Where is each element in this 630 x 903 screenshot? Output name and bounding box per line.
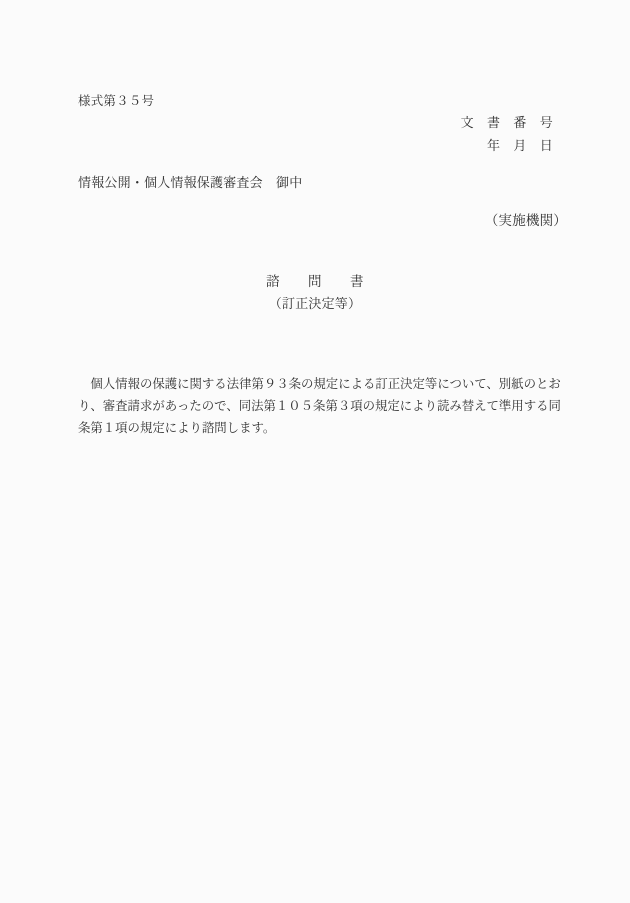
sender-organization: （実施機関）: [485, 214, 567, 230]
date-line: 年 月 日: [487, 140, 553, 155]
form-number: 様式第３５号: [78, 94, 154, 108]
addressee-line: 情報公開・個人情報保護審査会 御中: [78, 177, 302, 192]
body-line: 個人情報の保護に関する法律第９３条の規定による訂正決定等について、別紙のとお: [78, 373, 560, 395]
body-paragraph: 個人情報の保護に関する法律第９３条の規定による訂正決定等について、別紙のとお り…: [78, 373, 560, 439]
document-number-line: 文 書 番 号: [461, 117, 553, 132]
body-line: 条第１項の規定により諮問します。: [78, 417, 560, 439]
body-line: り、審査請求があったので、同法第１０５条第３項の規定により読み替えて準用する同: [78, 395, 560, 417]
document-title: 諮 問 書: [0, 275, 630, 291]
document-page: 様式第３５号 文 書 番 号 年 月 日 情報公開・個人情報保護審査会 御中 （…: [0, 0, 630, 903]
document-subtitle: （訂正決定等）: [0, 298, 630, 313]
